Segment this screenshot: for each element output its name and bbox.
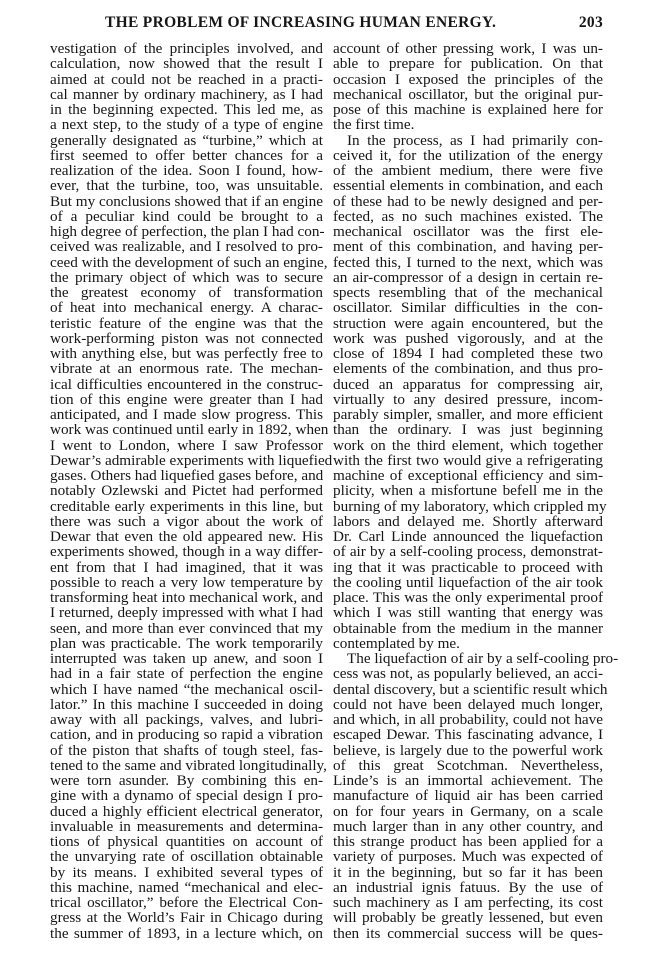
text-line: the unvarying rate of oscillation obtain… — [50, 849, 323, 864]
text-line: high degree of perfection, the plan I ha… — [50, 224, 323, 239]
text-line: Dr. Carl Linde announced the liquefactio… — [333, 529, 603, 544]
text-line: plicity, when a misfortune befell me in … — [333, 483, 603, 498]
text-line: duced a highly efficient electrical gene… — [50, 804, 323, 819]
text-line: manufacture of liquid air has been carri… — [333, 788, 603, 803]
text-line: Linde’s is an immortal achievement. The — [333, 773, 603, 788]
text-line: burning of my laboratory, which crippled… — [333, 499, 603, 514]
text-line: spects resembling that of the mechanical — [333, 285, 603, 300]
text-line: lator.” In this machine I succeeded in d… — [50, 697, 323, 712]
text-line: close of 1894 I had completed these two — [333, 346, 603, 361]
text-line: this strange product has been applied fo… — [333, 834, 603, 849]
text-line: creditable early experiments in this lin… — [50, 499, 323, 514]
text-line: place. This was the only experimental pr… — [333, 590, 603, 605]
text-line: the greatest economy of transformation — [50, 285, 323, 300]
text-line: The liquefaction of air by a self-coolin… — [333, 651, 603, 666]
text-line: pose of this machine is explained here f… — [333, 102, 603, 117]
text-line: by its means. I exhibited several types … — [50, 865, 323, 880]
text-line: fected, as no such machines existed. The — [333, 209, 603, 224]
text-line: a next step, to the study of a type of e… — [50, 117, 323, 132]
text-line: ceived was realizable, and I resolved to… — [50, 239, 323, 254]
text-line: mechanical oscillator was the first ele- — [333, 224, 603, 239]
text-line: transforming heat into mechanical work, … — [50, 590, 323, 605]
text-line: tion of this engine were greater than I … — [50, 392, 323, 407]
text-line: the primary object of which was to secur… — [50, 270, 323, 285]
text-line: work was pushed vigorously, and at the — [333, 331, 603, 346]
text-line: away with all packings, valves, and lubr… — [50, 712, 323, 727]
text-line: calculation, now showed that the result … — [50, 56, 323, 71]
text-line: essential elements in combination, and e… — [333, 178, 603, 193]
text-line: much larger than in any other country, a… — [333, 819, 603, 834]
text-line: could not have been delayed much longer, — [333, 697, 603, 712]
left-column: vestigation of the principles involved, … — [50, 41, 323, 941]
text-line: teristic feature of the engine was that … — [50, 316, 323, 331]
book-page: THE PROBLEM OF INCREASING HUMAN ENERGY. … — [0, 0, 645, 958]
text-line: ent from that I had imagined, that it wa… — [50, 560, 323, 575]
text-line: plan was practicable. The work temporari… — [50, 636, 323, 651]
text-line: in the beginning expected. This led me, … — [50, 102, 323, 117]
text-line: Dewar that even the old appeared new. Hi… — [50, 529, 323, 544]
text-line: first seemed to offer better chances for… — [50, 148, 323, 163]
text-line: will probably be greatly lessened, but e… — [333, 910, 603, 925]
text-line: of this great Scotchman. Nevertheless, — [333, 758, 603, 773]
text-line: struction were again encountered, but th… — [333, 316, 603, 331]
text-line: fected this, I turned to the next, which… — [333, 255, 603, 270]
text-line: able to prepare for publication. On that — [333, 56, 603, 71]
text-line: an industrial ignis fatuus. By the use o… — [333, 880, 603, 895]
text-line: But my conclusions showed that if an eng… — [50, 194, 323, 209]
text-line: variety of purposes. Much was expected o… — [333, 849, 603, 864]
text-line: work on the third element, which togethe… — [333, 438, 603, 453]
text-line: ceed with the development of such an eng… — [50, 255, 323, 270]
text-line: had in a fair state of perfection the en… — [50, 666, 323, 681]
text-line: gine with a dynamo of special design I p… — [50, 788, 323, 803]
text-line: then its commercial success will be ques… — [333, 926, 603, 941]
text-line: escaped Dewar. This fascinating advance,… — [333, 727, 603, 742]
text-line: with anything else, but was perfectly fr… — [50, 346, 323, 361]
text-line: gases. Others had liquefied gases before… — [50, 468, 323, 483]
right-column: account of other pressing work, I was un… — [333, 41, 603, 941]
text-line: tions of physical quantities on account … — [50, 834, 323, 849]
text-line: an air-compressor of a design in certain… — [333, 270, 603, 285]
text-line: duced an apparatus for compressing air, — [333, 377, 603, 392]
text-line: ical difficulties encountered in the con… — [50, 377, 323, 392]
text-line: such machinery as I am perfecting, its c… — [333, 895, 603, 910]
text-line: work-performing piston was not connected — [50, 331, 323, 346]
text-line: notably Ozlewski and Pictet had performe… — [50, 483, 323, 498]
text-line: ing that it was practicable to proceed w… — [333, 560, 603, 575]
text-line: than the ordinary. I was just beginning — [333, 422, 603, 437]
page-number: 203 — [579, 14, 603, 32]
text-line: gress at the World’s Fair in Chicago dur… — [50, 910, 323, 925]
text-line: ever, that the turbine, too, was unsuita… — [50, 178, 323, 193]
text-line: vestigation of the principles involved, … — [50, 41, 323, 56]
text-line: of the ambient medium, there were five — [333, 163, 603, 178]
text-line: Dewar’s admirable experiments with lique… — [50, 453, 323, 468]
text-line: of air by a self-cooling process, demons… — [333, 544, 603, 559]
text-line: of heat into mechanical energy. A charac… — [50, 300, 323, 315]
text-line: which I was still wanting that energy wa… — [333, 605, 603, 620]
text-line: cess was not, as popularly believed, an … — [333, 666, 603, 681]
text-line: possible to reach a very low temperature… — [50, 575, 323, 590]
text-line: machine of exceptional efficiency and si… — [333, 468, 603, 483]
text-line: generally designated as “turbine,” which… — [50, 133, 323, 148]
text-line: I went to London, where I saw Professor — [50, 438, 323, 453]
text-line: account of other pressing work, I was un… — [333, 41, 603, 56]
text-line: cation, and in producing so rapid a vibr… — [50, 727, 323, 742]
text-line: interrupted was taken up anew, and soon … — [50, 651, 323, 666]
text-line: contemplated by me. — [333, 636, 603, 651]
text-line: ceived it, for the utilization of the en… — [333, 148, 603, 163]
running-head: THE PROBLEM OF INCREASING HUMAN ENERGY. … — [50, 14, 603, 34]
text-line: of these had to be newly designed and pe… — [333, 194, 603, 209]
text-line: tened to the same and vibrated longitudi… — [50, 758, 323, 773]
text-line: elements of the combination, and thus pr… — [333, 361, 603, 376]
text-line: the first time. — [333, 117, 603, 132]
text-line: which I have named “the mechanical oscil… — [50, 682, 323, 697]
text-line: I returned, deeply impressed with what I… — [50, 605, 323, 620]
text-line: were torn asunder. By combining this en- — [50, 773, 323, 788]
text-line: realization of the idea. Soon I found, h… — [50, 163, 323, 178]
text-line: and which, in all probability, could not… — [333, 712, 603, 727]
text-line: believe, is largely due to the powerful … — [333, 743, 603, 758]
text-line: experiments showed, though in a way diff… — [50, 544, 323, 559]
text-line: mechanical oscillator, but the original … — [333, 87, 603, 102]
text-line: anticipated, and I made slow progress. T… — [50, 407, 323, 422]
running-title: THE PROBLEM OF INCREASING HUMAN ENERGY. — [105, 14, 496, 32]
text-line: of a peculiar kind could be brought to a — [50, 209, 323, 224]
text-line: oscillator. Similar difficulties in the … — [333, 300, 603, 315]
text-line: labors and delayed me. Shortly afterward — [333, 514, 603, 529]
text-line: trical oscillator,” before the Electrica… — [50, 895, 323, 910]
text-line: there was such a vigor about the work of — [50, 514, 323, 529]
text-line: occasion I exposed the principles of the — [333, 72, 603, 87]
text-line: aimed at could not be reached in a pract… — [50, 72, 323, 87]
text-line: vibrate at an enormous rate. The mechan- — [50, 361, 323, 376]
text-line: seen, and more than ever convinced that … — [50, 621, 323, 636]
text-line: obtainable from the medium in the manner — [333, 621, 603, 636]
text-line: the cooling until liquefaction of the ai… — [333, 575, 603, 590]
text-line: the summer of 1893, in a lecture which, … — [50, 926, 323, 941]
text-line: cal manner by ordinary machinery, as I h… — [50, 87, 323, 102]
text-line: work was continued until early in 1892, … — [50, 422, 323, 437]
text-line: on for four years in Germany, on a scale — [333, 804, 603, 819]
text-line: In the process, as I had primarily con- — [333, 133, 603, 148]
text-line: of the piston that shafts of tough steel… — [50, 743, 323, 758]
text-line: it in the beginning, but so far it has b… — [333, 865, 603, 880]
text-line: with the first two would give a refriger… — [333, 453, 603, 468]
text-line: this machine, named “mechanical and elec… — [50, 880, 323, 895]
text-line: ment of this combination, and having per… — [333, 239, 603, 254]
text-line: virtually to any desired pressure, incom… — [333, 392, 603, 407]
text-line: parably simpler, smaller, and more effic… — [333, 407, 603, 422]
text-line: invaluable in measurements and determina… — [50, 819, 323, 834]
text-line: dental discovery, but a scientific resul… — [333, 682, 603, 697]
